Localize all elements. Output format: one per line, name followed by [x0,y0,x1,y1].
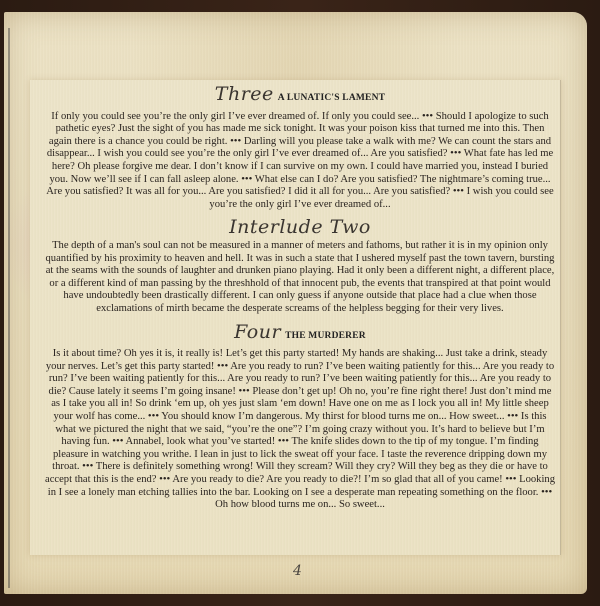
section-four: Four THE MURDERER Is it about time? Oh y… [40,326,560,512]
song-lyrics: Is it about time? Oh yes it is, it reall… [40,348,560,512]
page-edge-line [8,28,10,588]
script-title: Interlude Two [229,221,371,234]
interlude-text: The depth of a man's soul can not be mea… [40,240,560,316]
section-heading: Four THE MURDERER [40,326,560,343]
lyrics-content: Three A LUNATIC'S LAMENT If only you cou… [40,88,560,522]
page-number: 4 [293,563,302,579]
song-title: A LUNATIC'S LAMENT [278,92,385,105]
song-title: THE MURDERER [285,330,366,343]
script-title: Four [234,326,281,339]
section-interlude-two: Interlude Two The depth of a man's soul … [40,221,560,315]
song-lyrics: If only you could see you’re the only gi… [40,111,560,212]
script-title: Three [215,88,274,101]
section-heading: Interlude Two [40,221,560,234]
section-heading: Three A LUNATIC'S LAMENT [40,88,560,105]
section-three: Three A LUNATIC'S LAMENT If only you cou… [40,88,560,211]
